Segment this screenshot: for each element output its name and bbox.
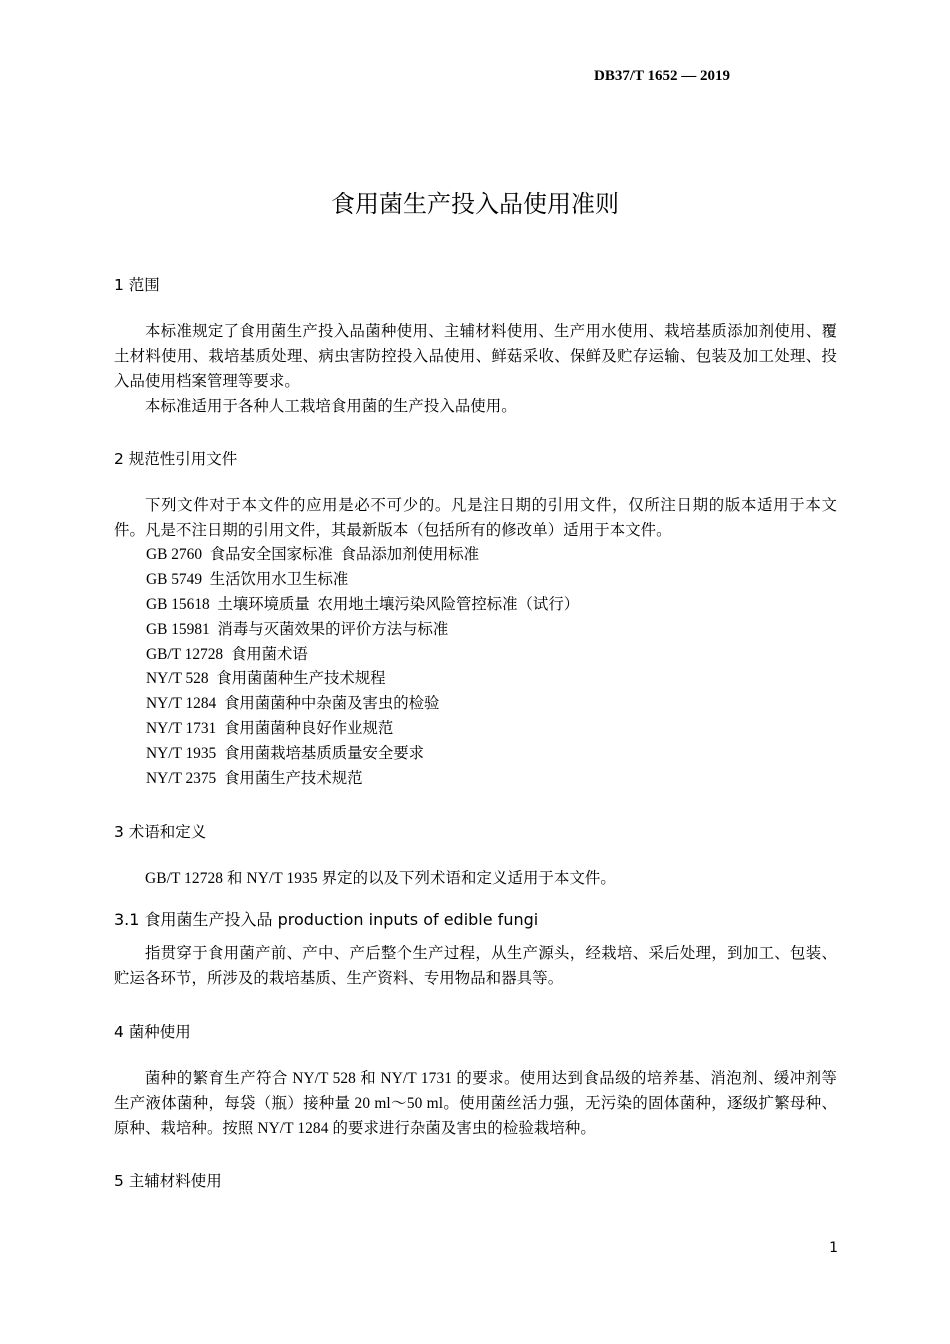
reference-item: GB 5749 生活饮用水卫生标准 [146, 568, 579, 593]
reference-item: NY/T 528 食用菌菌种生产技术规程 [146, 667, 579, 692]
scope-paragraph-1: 本标准规定了食用菌生产投入品菌种使用、主辅材料使用、生产用水使用、栽培基质添加剂… [114, 320, 837, 394]
reference-item: GB 2760 食品安全国家标准 食品添加剂使用标准 [146, 543, 579, 568]
reference-title: 食用菌菌种生产技术规程 [216, 670, 385, 687]
reference-code: GB/T 12728 [146, 643, 223, 668]
reference-item: GB 15981 消毒与灭菌效果的评价方法与标准 [146, 618, 579, 643]
term-definition-3-1: 指贯穿于食用菌产前、产中、产后整个生产过程，从生产源头，经栽培、采后处理，到加工… [114, 942, 837, 992]
reference-code: NY/T 1731 [146, 717, 216, 742]
reference-item: NY/T 1935 食用菌栽培基质质量安全要求 [146, 742, 579, 767]
reference-title: 食用菌栽培基质质量安全要求 [224, 745, 424, 762]
section-heading-spawn-use: 4 菌种使用 [114, 1020, 191, 1042]
reference-code: GB 2760 [146, 543, 202, 568]
reference-title: 土壤环境质量 农用地土壤污染风险管控标准（试行） [217, 596, 579, 613]
reference-code: GB 15981 [146, 618, 210, 643]
reference-title: 食用菌菌种中杂菌及害虫的检验 [224, 695, 439, 712]
spawn-use-paragraph: 菌种的繁育生产符合 NY/T 528 和 NY/T 1731 的要求。使用达到食… [114, 1067, 837, 1141]
section-heading-terms: 3 术语和定义 [114, 820, 206, 842]
standard-code: DB37/T 1652 — 2019 [560, 68, 730, 85]
document-title: 食用菌生产投入品使用准则 [0, 184, 950, 219]
term-heading-3-1: 3.1 食用菌生产投入品 production inputs of edible… [114, 907, 538, 930]
reference-code: GB 5749 [146, 568, 202, 593]
reference-title: 消毒与灭菌效果的评价方法与标准 [217, 621, 448, 638]
reference-title: 生活饮用水卫生标准 [210, 571, 349, 588]
terms-intro: GB/T 12728 和 NY/T 1935 界定的以及下列术语和定义适用于本文… [114, 867, 837, 892]
reference-title: 食品安全国家标准 食品添加剂使用标准 [210, 546, 479, 563]
reference-title: 食用菌生产技术规范 [224, 770, 363, 787]
reference-item: NY/T 2375 食用菌生产技术规范 [146, 767, 579, 792]
reference-item: NY/T 1731 食用菌菌种良好作业规范 [146, 717, 579, 742]
reference-code: NY/T 2375 [146, 767, 216, 792]
reference-code: NY/T 528 [146, 667, 209, 692]
document-page: DB37/T 1652 — 2019 食用菌生产投入品使用准则 1 范围 本标准… [0, 0, 950, 1344]
reference-code: NY/T 1284 [146, 692, 216, 717]
reference-title: 食用菌术语 [231, 646, 308, 663]
page-number: 1 [818, 1240, 838, 1256]
reference-code: NY/T 1935 [146, 742, 216, 767]
reference-title: 食用菌菌种良好作业规范 [224, 720, 393, 737]
reference-list: GB 2760 食品安全国家标准 食品添加剂使用标准 GB 5749 生活饮用水… [146, 543, 579, 792]
references-intro: 下列文件对于本文件的应用是必不可少的。凡是注日期的引用文件，仅所注日期的版本适用… [114, 494, 837, 544]
reference-item: NY/T 1284 食用菌菌种中杂菌及害虫的检验 [146, 692, 579, 717]
scope-paragraph-2: 本标准适用于各种人工栽培食用菌的生产投入品使用。 [114, 395, 837, 420]
reference-item: GB 15618 土壤环境质量 农用地土壤污染风险管控标准（试行） [146, 593, 579, 618]
reference-code: GB 15618 [146, 593, 210, 618]
section-heading-normative-references: 2 规范性引用文件 [114, 447, 237, 469]
section-heading-scope: 1 范围 [114, 273, 160, 295]
reference-item: GB/T 12728 食用菌术语 [146, 643, 579, 668]
section-heading-materials: 5 主辅材料使用 [114, 1169, 222, 1191]
